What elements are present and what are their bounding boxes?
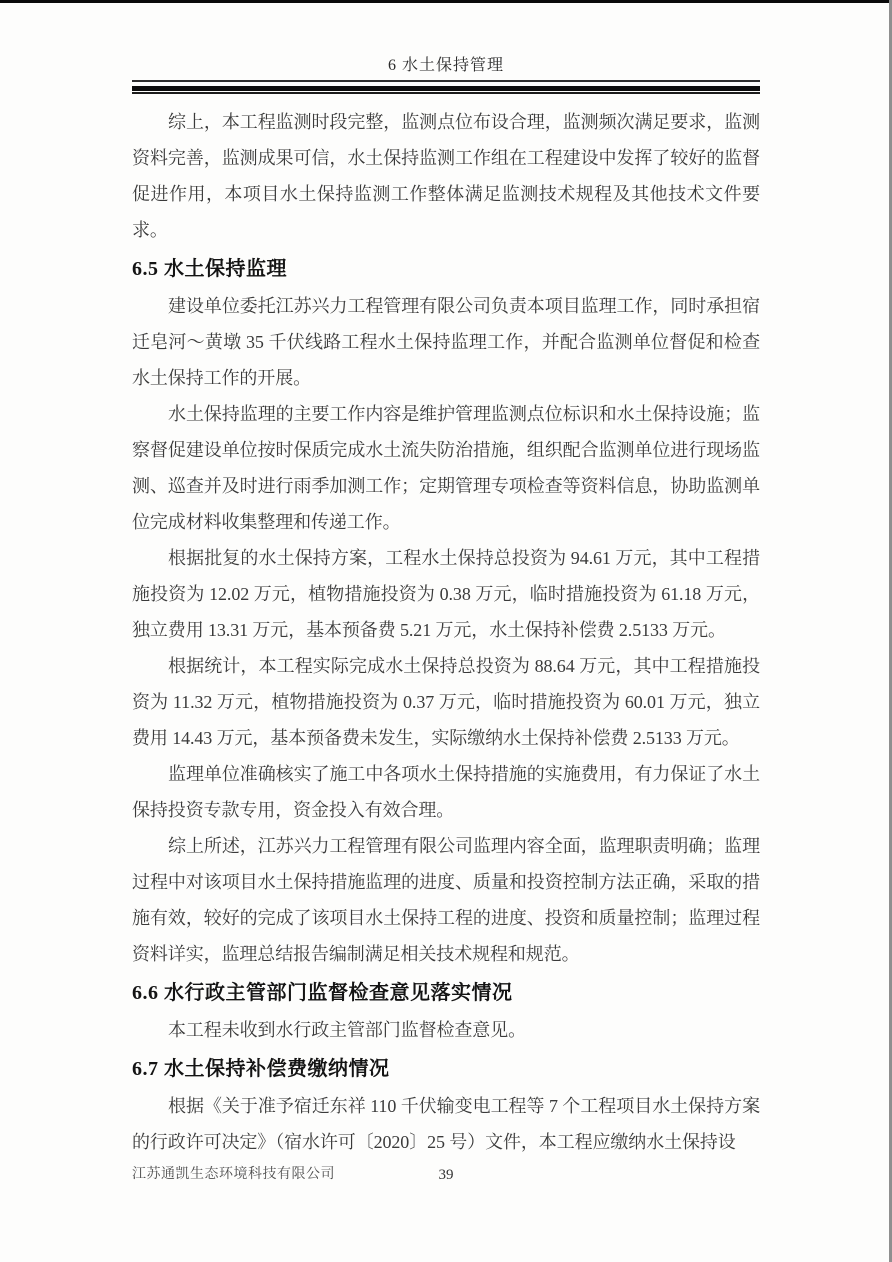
body-paragraph: 本工程未收到水行政主管部门监督检查意见。	[132, 1012, 760, 1048]
header-double-rule	[132, 80, 760, 94]
body-paragraph: 根据《关于准予宿迁东祥 110 千伏输变电工程等 7 个工程项目水土保持方案的行…	[132, 1088, 760, 1160]
body-paragraph: 根据批复的水土保持方案，工程水土保持总投资为 94.61 万元，其中工程措施投资…	[132, 540, 760, 648]
section-heading: 6.6 水行政主管部门监督检查意见落实情况	[132, 974, 760, 1012]
body-paragraph: 监理单位准确核实了施工中各项水土保持措施的实施费用，有力保证了水土保持投资专款专…	[132, 756, 760, 828]
body-paragraph: 综上，本工程监测时段完整，监测点位布设合理，监测频次满足要求，监测资料完善，监测…	[132, 104, 760, 248]
body-paragraph: 根据统计，本工程实际完成水土保持总投资为 88.64 万元，其中工程措施投资为 …	[132, 648, 760, 756]
header-rule-medium-line	[132, 92, 760, 94]
section-heading: 6.5 水土保持监理	[132, 250, 760, 288]
body-paragraph: 综上所述，江苏兴力工程管理有限公司监理内容全面，监理职责明确；监理过程中对该项目…	[132, 828, 760, 972]
body-paragraph: 水土保持监理的主要工作内容是维护管理监测点位标识和水土保持设施；监察督促建设单位…	[132, 396, 760, 540]
body-paragraph: 建设单位委托江苏兴力工程管理有限公司负责本项目监理工作，同时承担宿迁皂河～黄墩 …	[132, 288, 760, 396]
page-content: 6 水土保持管理 综上，本工程监测时段完整，监测点位布设合理，监测频次满足要求，…	[132, 0, 760, 1160]
document-body: 综上，本工程监测时段完整，监测点位布设合理，监测频次满足要求，监测资料完善，监测…	[132, 104, 760, 1160]
footer-page-number: 39	[0, 1163, 892, 1187]
page-footer: 江苏通凯生态环境科技有限公司 39	[0, 1163, 892, 1189]
section-heading: 6.7 水土保持补偿费缴纳情况	[132, 1050, 760, 1088]
running-header-title: 6 水土保持管理	[388, 57, 504, 74]
running-header: 6 水土保持管理	[132, 0, 760, 78]
document-page: { "document": { "header": { "title": "6 …	[0, 0, 892, 1262]
